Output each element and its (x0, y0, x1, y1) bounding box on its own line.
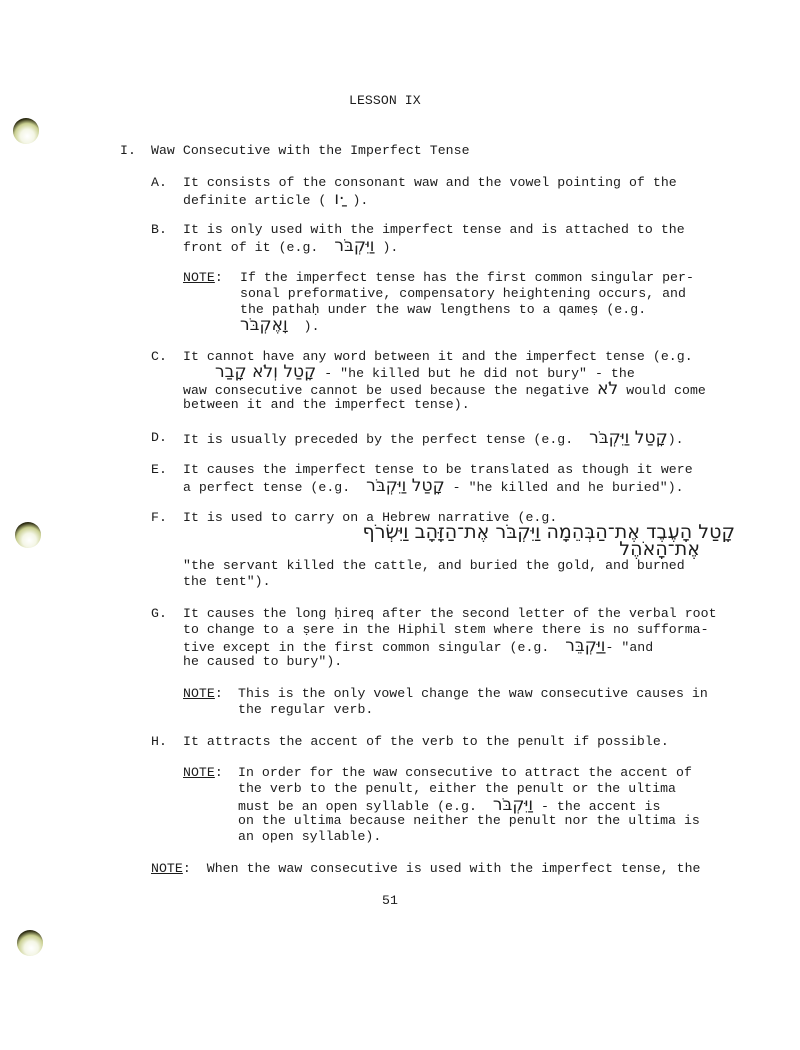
item-b-note-label: NOTE: (183, 270, 223, 286)
lesson-title: LESSON IX (349, 93, 421, 109)
section-number: I. (120, 143, 136, 159)
item-e-line2: a perfect tense (e.g. קָטַל וַיִּקְבֹּר … (183, 478, 684, 496)
document-page: LESSON IX I. Waw Consecutive with the Im… (0, 0, 800, 1050)
section-heading: Waw Consecutive with the Imperfect Tense (151, 143, 470, 159)
item-g-label: G. (151, 606, 167, 622)
item-c-label: C. (151, 349, 167, 365)
item-e-label: E. (151, 462, 167, 478)
item-a-line2: definite article ( ·ַו ). (183, 191, 368, 209)
hebrew-example: וַיַּקְבֵּר (565, 636, 605, 656)
item-b-line2: front of it (e.g. וַיִּקְבֹּר ). (183, 238, 398, 256)
item-d-line1: It is usually preceded by the perfect te… (183, 430, 684, 448)
item-b-label: B. (151, 222, 167, 238)
item-g-note-label: NOTE: (183, 686, 223, 702)
binder-hole-middle (15, 522, 41, 548)
item-h-line1: It attracts the accent of the verb to th… (183, 734, 669, 750)
item-a-line1: It consists of the consonant waw and the… (183, 175, 677, 191)
item-b-note-line2: sonal preformative, compensatory heighte… (240, 286, 686, 302)
binder-hole-top (13, 118, 39, 144)
item-b-line1: It is only used with the imperfect tense… (183, 222, 685, 238)
item-g-note-line2: the regular verb. (238, 702, 373, 718)
hebrew-example: קָטַל וַיִּקְבֹּר (366, 476, 445, 496)
binder-hole-bottom (17, 930, 43, 956)
item-g-line2: to change to a ṣere in the Hiphil stem w… (183, 622, 709, 638)
item-g-line1: It causes the long ḥireq after the secon… (183, 606, 717, 622)
item-g-note-line1: This is the only vowel change the waw co… (238, 686, 708, 702)
item-f-line3: "the servant killed the cattle, and buri… (183, 558, 685, 574)
hebrew-example: קָטַל וְלֹא קָבַר (215, 362, 316, 382)
item-h-label: H. (151, 734, 167, 750)
item-b-note-line4: וָאֶקְבֹּר ). (240, 317, 320, 335)
item-h-note-line5: an open syllable). (238, 829, 381, 845)
item-d-label: D. (151, 430, 167, 446)
item-f-line4: the tent"). (183, 574, 271, 590)
hebrew-example: וַיִּקְבֹּר (334, 236, 374, 256)
hebrew-example: וָאֶקְבֹּר (240, 315, 288, 335)
item-a-label: A. (151, 175, 167, 191)
item-h-note-line2: the verb to the penult, either the penul… (238, 781, 676, 797)
hebrew-example: וַיִּקְבֹּר (493, 795, 533, 815)
item-c-line2: קָטַל וְלֹא קָבַר - "he killed but he di… (215, 364, 635, 382)
item-h-note-label: NOTE: (183, 765, 223, 781)
hebrew-waw-pointing: ·ַו (334, 189, 344, 209)
item-c-line4: between it and the imperfect tense). (183, 397, 470, 413)
item-f-label: F. (151, 510, 167, 526)
hebrew-example: קָטַל וַיִּקְבֹּר (589, 428, 668, 448)
item-b-note-line3: the pathaḥ under the waw lengthens to a … (240, 302, 646, 318)
item-h-note-line1: In order for the waw consecutive to attr… (238, 765, 692, 781)
item-h-note-line4: on the ultima because neither the penult… (238, 813, 700, 829)
hebrew-negative: לֹא (597, 379, 618, 399)
page-number: 51 (382, 893, 398, 909)
final-note: NOTE: When the waw consecutive is used w… (151, 861, 701, 877)
item-b-note-line1: If the imperfect tense has the first com… (240, 270, 694, 286)
item-g-line4: he caused to bury"). (183, 654, 342, 670)
